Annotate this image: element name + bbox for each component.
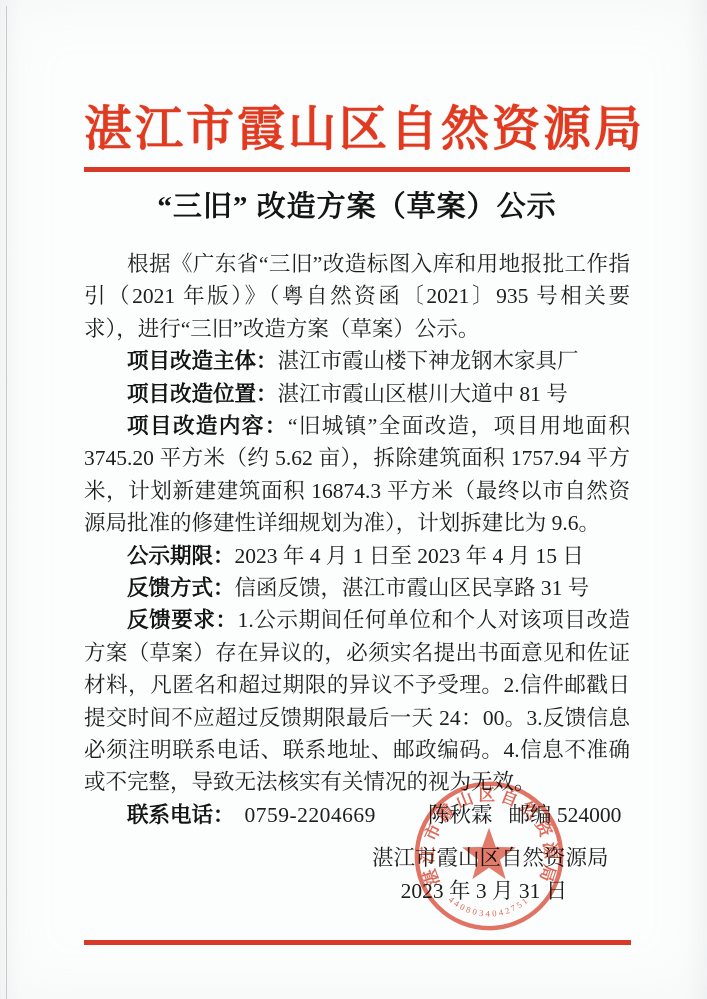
item-feedback-rules-text: 1.公示期间任何单位和个人对该项目改造方案（草案）存在异议的，必须实名提出书面意…	[84, 608, 630, 794]
scan-edge-line	[6, 6, 7, 999]
scanned-notice-page: 湛江市霞山区自然资源局 “三旧” 改造方案（草案）公示 根据《广东省“三旧”改造…	[0, 0, 707, 999]
notice-body: 根据《广东省“三旧”改造标图入库和用地报批工作指引（2021 年版）》（粤自然资…	[84, 248, 630, 831]
item-subject: 项目改造主体：湛江市霞山楼下神龙钢木家具厂	[84, 345, 630, 377]
item-feedback-rules-label: 反馈要求：	[127, 608, 238, 632]
seal-serial-number: 4408034042751	[447, 894, 532, 918]
header-rule	[84, 167, 630, 172]
item-location-text: 湛江市霞山区椹川大道中 81 号	[278, 382, 568, 406]
item-subject-label: 项目改造主体：	[127, 349, 278, 373]
agency-title: 湛江市霞山区自然资源局	[84, 102, 630, 158]
document-content: 湛江市霞山区自然资源局 “三旧” 改造方案（草案）公示 根据《广东省“三旧”改造…	[84, 0, 630, 831]
item-feedback-rules: 反馈要求：1.公示期间任何单位和个人对该项目改造方案（草案）存在异议的，必须实名…	[84, 604, 630, 798]
item-subject-text: 湛江市霞山楼下神龙钢木家具厂	[278, 349, 579, 373]
item-content: 项目改造内容：“旧城镇”全面改造，项目用地面积 3745.20 平方米（约 5.…	[84, 410, 630, 540]
svg-text:4408034042751: 4408034042751	[447, 894, 532, 918]
item-period: 公示期限：2023 年 4 月 1 日至 2023 年 4 月 15 日	[84, 540, 630, 572]
notice-title: “三旧” 改造方案（草案）公示	[84, 189, 630, 225]
item-period-label: 公示期限：	[127, 544, 235, 568]
item-feedback-method-label: 反馈方式：	[127, 576, 235, 600]
item-location: 项目改造位置：湛江市霞山区椹川大道中 81 号	[84, 378, 630, 410]
official-seal: 湛江市霞山区自然资源局 4408034042751	[411, 778, 567, 934]
item-content-label: 项目改造内容：	[127, 414, 288, 438]
item-location-label: 项目改造位置：	[127, 382, 278, 406]
intro-text: 根据《广东省“三旧”改造标图入库和用地报批工作指引（2021 年版）》（粤自然资…	[84, 252, 630, 341]
contact-label: 联系电话：	[127, 803, 235, 827]
intro-paragraph: 根据《广东省“三旧”改造标图入库和用地报批工作指引（2021 年版）》（粤自然资…	[84, 248, 630, 345]
footer-rule	[84, 940, 631, 945]
star-icon	[462, 828, 516, 879]
item-feedback-method-text: 信函反馈，湛江市霞山区民享路 31 号	[235, 576, 590, 600]
contact-phone: 0759-2204669	[245, 803, 376, 827]
item-feedback-method: 反馈方式：信函反馈，湛江市霞山区民享路 31 号	[84, 572, 630, 604]
item-period-text: 2023 年 4 月 1 日至 2023 年 4 月 15 日	[235, 544, 584, 568]
